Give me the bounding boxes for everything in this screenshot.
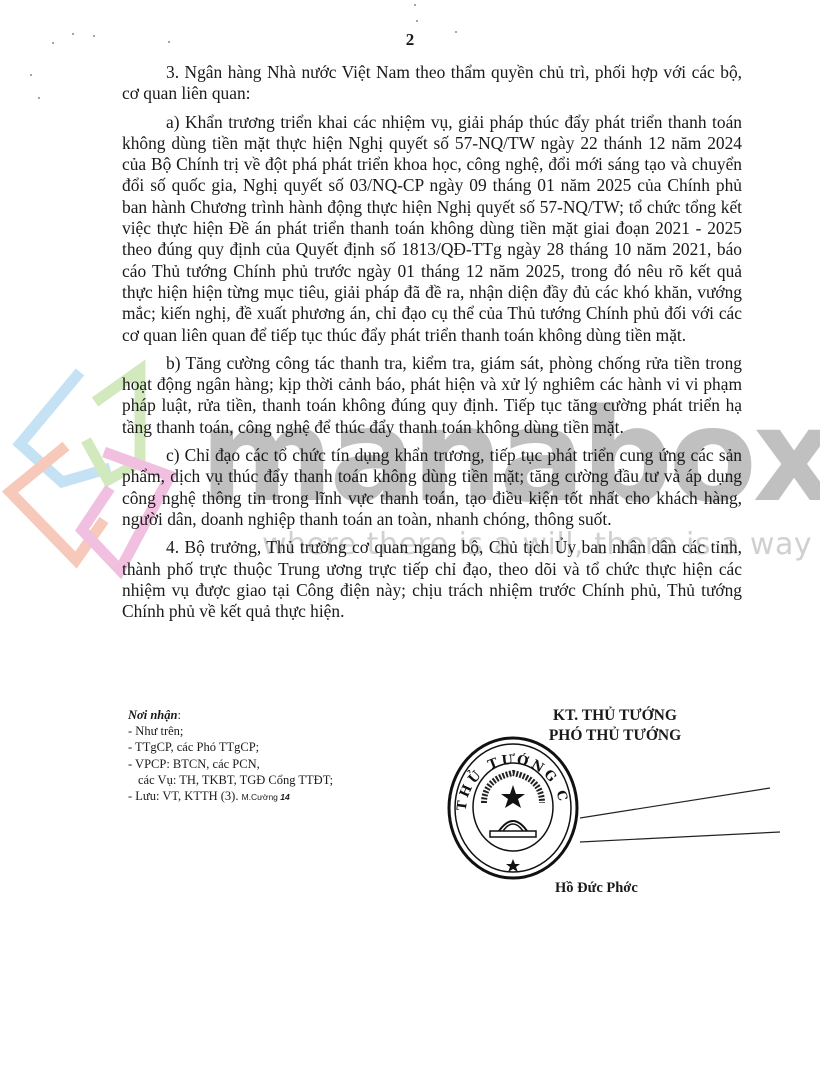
handwritten-signature bbox=[580, 780, 780, 850]
paragraph-3b: b) Tăng cường công tác thanh tra, kiểm t… bbox=[122, 353, 742, 438]
paragraph-3c: c) Chỉ đạo các tổ chức tín dụng khẩn trư… bbox=[122, 445, 742, 530]
recipient-line: - VPCP: BTCN, các PCN, bbox=[128, 756, 333, 772]
handwritten-note: M.Cường 14 bbox=[242, 792, 290, 802]
government-seal-icon: THỦ TƯỚNG CHÍNH PHỦ bbox=[444, 733, 582, 883]
paragraph-4: 4. Bộ trưởng, Thủ trưởng cơ quan ngang b… bbox=[122, 537, 742, 622]
recipients-block: Nơi nhận: - Như trên; - TTgCP, các Phó T… bbox=[128, 707, 333, 805]
recipient-line: - Như trên; bbox=[128, 723, 333, 739]
signer-name: Hồ Đức Phớc bbox=[555, 880, 638, 897]
document-body: 3. Ngân hàng Nhà nước Việt Nam theo thẩm… bbox=[122, 62, 742, 629]
signature-title-1: KT. THỦ TƯỚNG bbox=[520, 706, 710, 726]
recipient-line: các Vụ: TH, TKBT, TGĐ Cổng TTĐT; bbox=[128, 772, 333, 788]
recipient-line: - TTgCP, các Phó TTgCP; bbox=[128, 739, 333, 755]
paragraph-3: 3. Ngân hàng Nhà nước Việt Nam theo thẩm… bbox=[122, 62, 742, 105]
page-number: 2 bbox=[0, 30, 820, 50]
recipients-title: Nơi nhận bbox=[128, 708, 177, 722]
recipient-line-archive: - Lưu: VT, KTTH (3). M.Cường 14 bbox=[128, 788, 333, 805]
paragraph-3a: a) Khẩn trương triển khai các nhiệm vụ, … bbox=[122, 112, 742, 346]
archive-text: - Lưu: VT, KTTH (3). bbox=[128, 789, 238, 803]
